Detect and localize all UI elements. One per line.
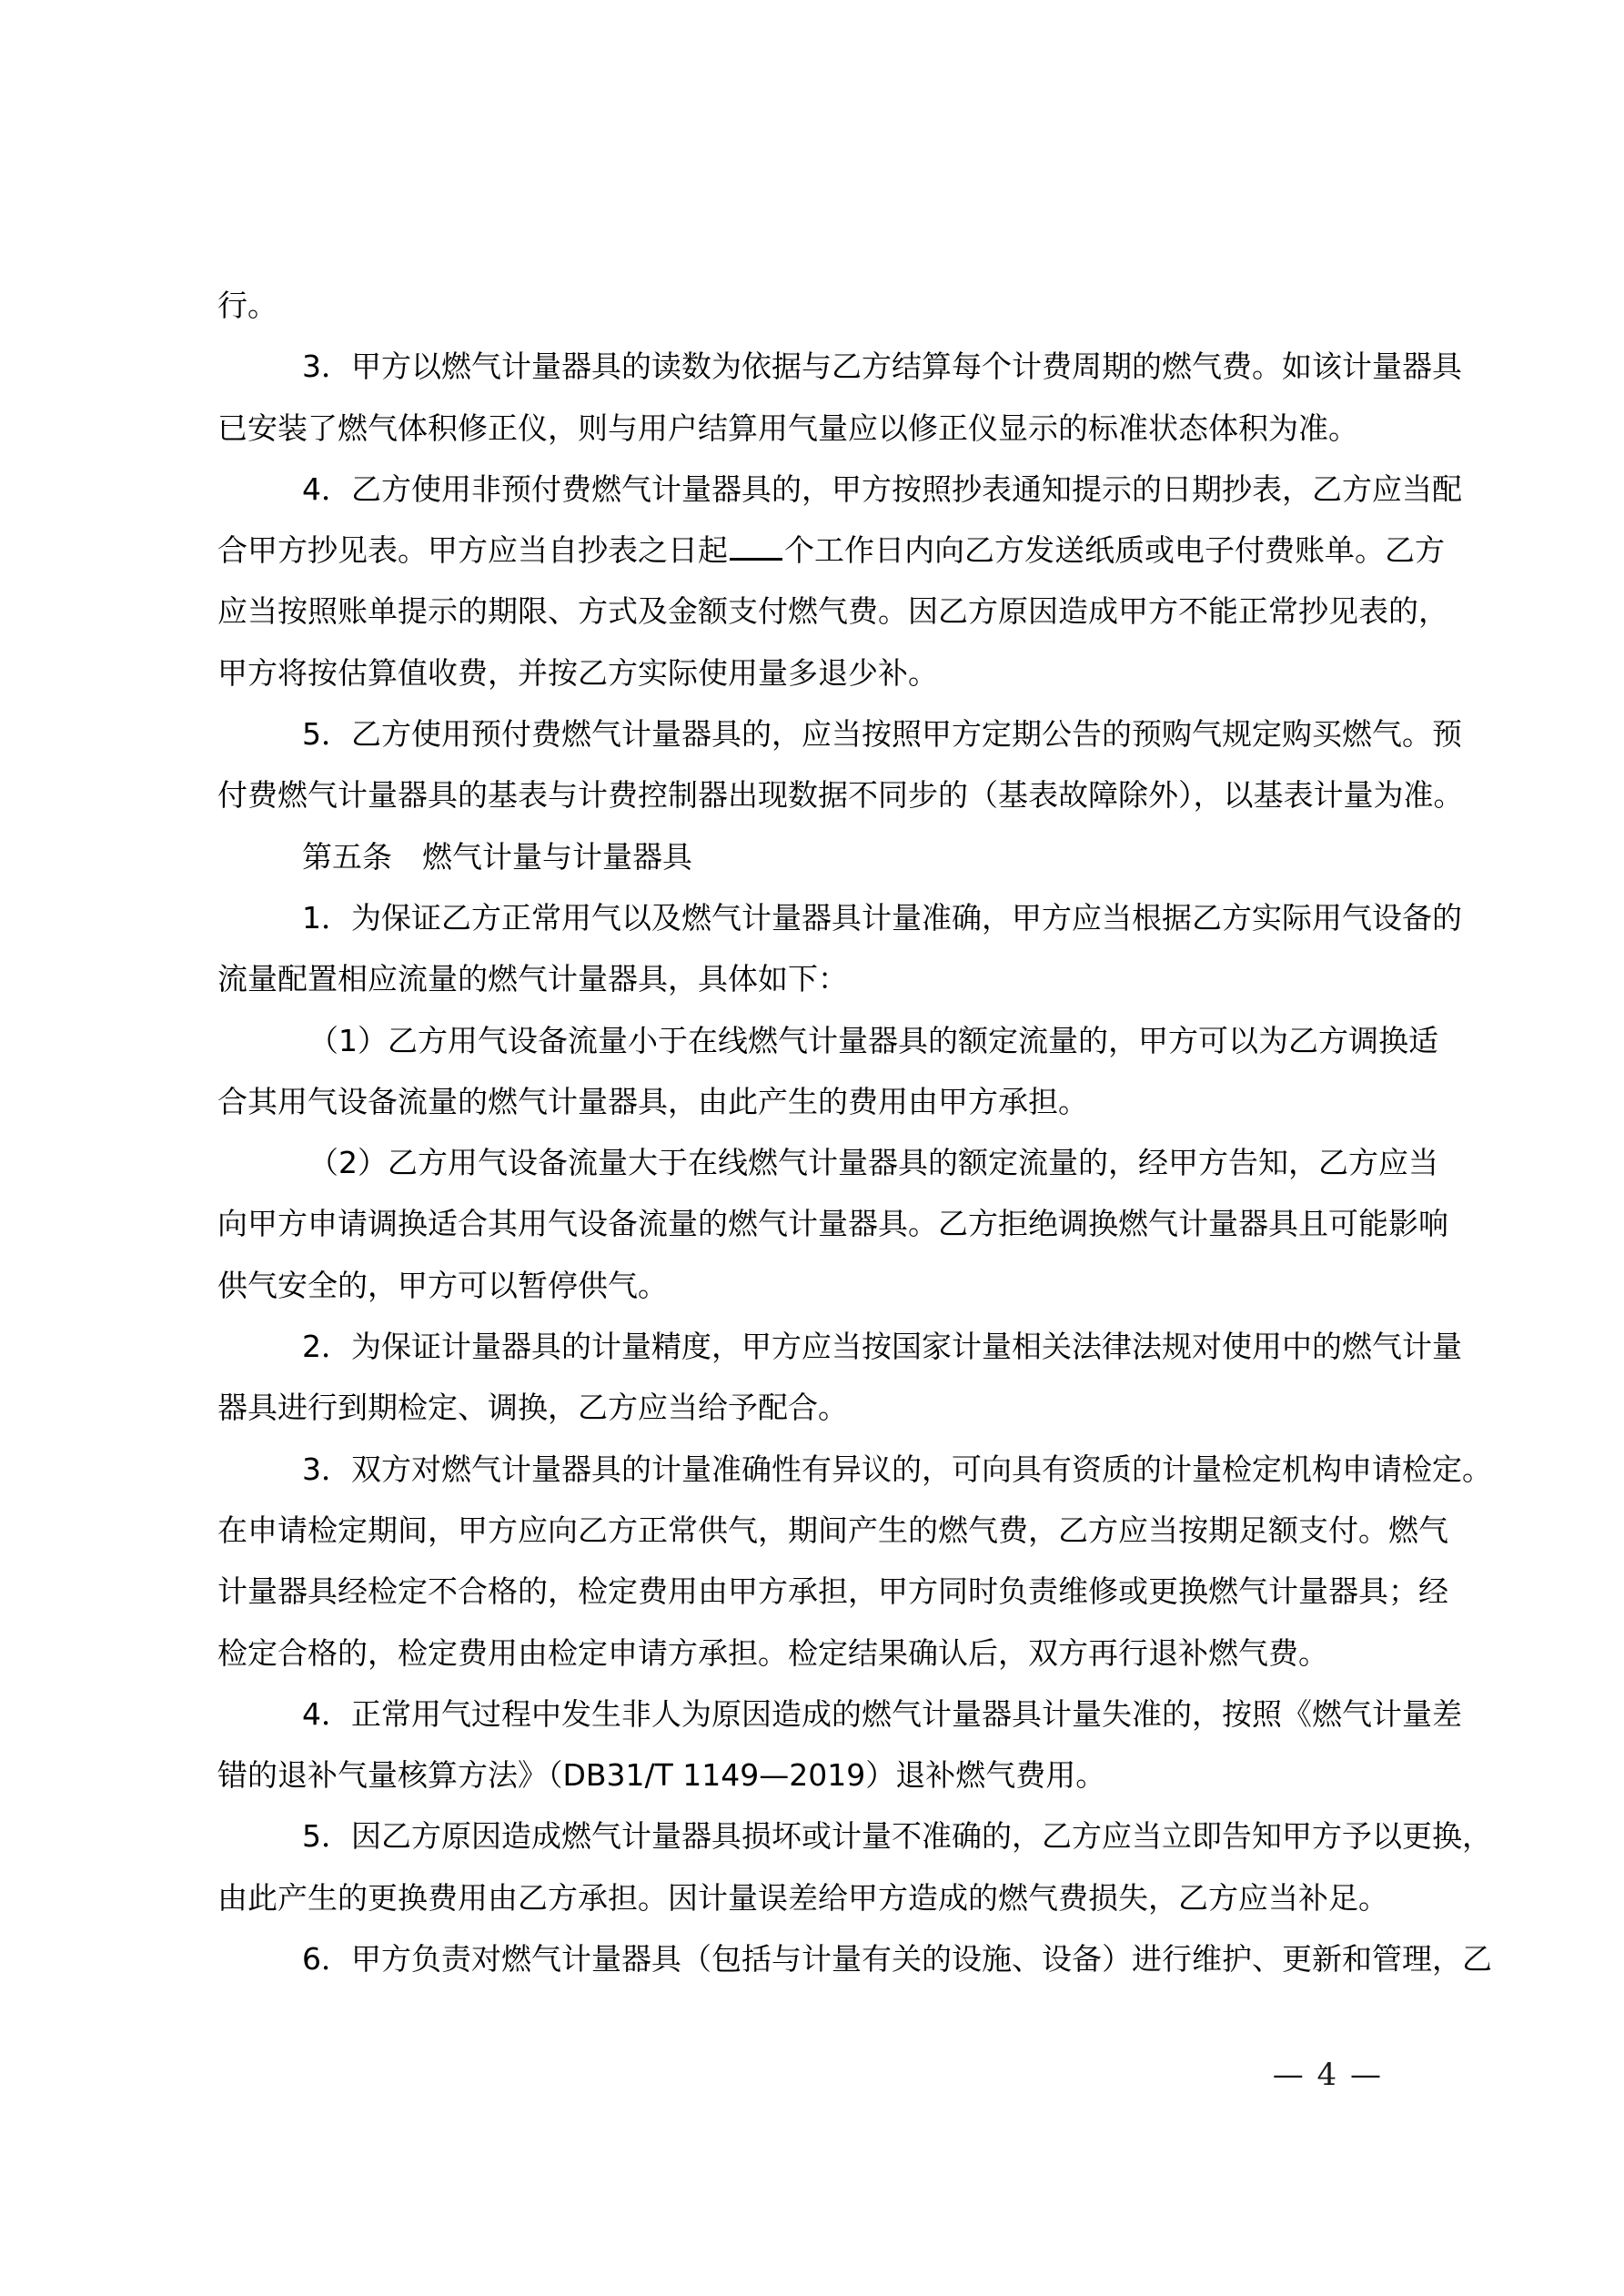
text-line: 由此产生的更换费用由乙方承担。因计量误差给甲方造成的燃气费损失，乙方应当补足。: [217, 1867, 1482, 1928]
text-line: 检定合格的，检定费用由检定申请方承担。检定结果确认后，双方再行退补燃气费。: [217, 1623, 1482, 1684]
text-segment: 合甲方抄见表。甲方应当自抄表之日起: [217, 532, 728, 568]
text-block: 行。3．甲方以燃气计量器具的读数为依据与乙方结算每个计费周期的燃气费。如该计量器…: [217, 275, 1482, 1989]
text-line: 计量器具经检定不合格的，检定费用由甲方承担，甲方同时负责维修或更换燃气计量器具；…: [217, 1561, 1482, 1622]
text-line: 合其用气设备流量的燃气计量器具，由此产生的费用由甲方承担。: [217, 1071, 1482, 1132]
text-line: 3．双方对燃气计量器具的计量准确性有异议的，可向具有资质的计量检定机构申请检定。: [217, 1439, 1482, 1500]
text-line: 5．因乙方原因造成燃气计量器具损坏或计量不准确的，乙方应当立即告知甲方予以更换，: [217, 1805, 1482, 1866]
text-line: 2．为保证计量器具的计量精度，甲方应当按国家计量相关法律法规对使用中的燃气计量: [217, 1316, 1482, 1377]
document-page: 行。3．甲方以燃气计量器具的读数为依据与乙方结算每个计费周期的燃气费。如该计量器…: [0, 0, 1624, 2296]
text-line: 错的退补气量核算方法》（DB31/T 1149—2019）退补燃气费用。: [217, 1745, 1482, 1805]
text-line: （2）乙方用气设备流量大于在线燃气计量器具的额定流量的，经甲方告知，乙方应当: [217, 1132, 1482, 1193]
text-line: 付费燃气计量器具的基表与计费控制器出现数据不同步的（基表故障除外），以基表计量为…: [217, 764, 1482, 825]
text-line: 向甲方申请调换适合其用气设备流量的燃气计量器具。乙方拒绝调换燃气计量器具且可能影…: [217, 1193, 1482, 1254]
article-heading: 第五条 燃气计量与计量器具: [217, 826, 1482, 887]
text-line: 供气安全的，甲方可以暂停供气。: [217, 1255, 1482, 1316]
text-line: 已安装了燃气体积修正仪，则与用户结算用气量应以修正仪显示的标准状态体积为准。: [217, 398, 1482, 459]
text-line: （1）乙方用气设备流量小于在线燃气计量器具的额定流量的，甲方可以为乙方调换适: [217, 1010, 1482, 1071]
text-line: 应当按照账单提示的期限、方式及金额支付燃气费。因乙方原因造成甲方不能正常抄见表的…: [217, 581, 1482, 642]
text-segment: 个工作日内向乙方发送纸质或电子付费账单。乙方: [784, 532, 1445, 568]
fill-in-blank: [730, 530, 782, 561]
text-line: 流量配置相应流量的燃气计量器具，具体如下：: [217, 948, 1482, 1009]
text-line: 在申请检定期间，甲方应向乙方正常供气，期间产生的燃气费，乙方应当按期足额支付。燃…: [217, 1500, 1482, 1561]
text-line: 1．为保证乙方正常用气以及燃气计量器具计量准确，甲方应当根据乙方实际用气设备的: [217, 887, 1482, 948]
text-line: 3．甲方以燃气计量器具的读数为依据与乙方结算每个计费周期的燃气费。如该计量器具: [217, 336, 1482, 397]
text-line: 4．乙方使用非预付费燃气计量器具的，甲方按照抄表通知提示的日期抄表，乙方应当配: [217, 459, 1482, 520]
text-line: 甲方将按估算值收费，并按乙方实际使用量多退少补。: [217, 642, 1482, 703]
text-line: 6．甲方负责对燃气计量器具（包括与计量有关的设施、设备）进行维护、更新和管理，乙: [217, 1928, 1482, 1989]
text-line: 行。: [217, 275, 1482, 336]
text-line: 4．正常用气过程中发生非人为原因造成的燃气计量器具计量失准的，按照《燃气计量差: [217, 1684, 1482, 1745]
page-number: — 4 —: [1273, 2055, 1383, 2095]
text-line: 器具进行到期检定、调换，乙方应当给予配合。: [217, 1377, 1482, 1438]
text-line: 5．乙方使用预付费燃气计量器具的，应当按照甲方定期公告的预购气规定购买燃气。预: [217, 703, 1482, 764]
text-line: 合甲方抄见表。甲方应当自抄表之日起个工作日内向乙方发送纸质或电子付费账单。乙方: [217, 520, 1482, 581]
